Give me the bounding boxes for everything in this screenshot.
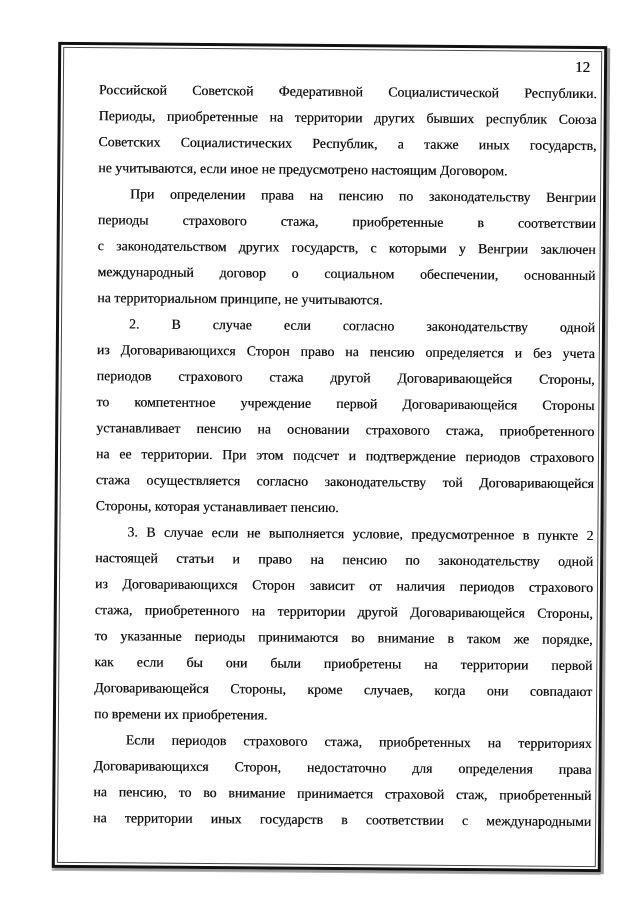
text-line: Стороны, которая устанавливает пенсию. bbox=[96, 493, 594, 523]
text-line: периодов страхового стажа другой Договар… bbox=[97, 363, 595, 393]
document-text: Российской Советской Федеративной Социал… bbox=[55, 45, 604, 869]
text-line: то компетентное учреждение первой Догова… bbox=[96, 389, 594, 419]
page-frame: 12 Российской Советской Федеративной Соц… bbox=[52, 42, 607, 872]
text-line: стажа, приобретенного на территории друг… bbox=[95, 597, 593, 627]
text-line: то указанные периоды принимаются во вним… bbox=[94, 623, 592, 653]
text-line: международный договор о социальном обесп… bbox=[97, 259, 595, 289]
text-line: настоящей статьи и право на пенсию по за… bbox=[95, 545, 593, 575]
text-line: Периоды, приобретенные на территории дру… bbox=[99, 103, 597, 133]
text-line: с законодательством других государств, с… bbox=[98, 233, 596, 263]
text-line: устанавливает пенсию на основании страхо… bbox=[96, 415, 594, 445]
text-line: из Договаривающихся Сторон зависит от на… bbox=[95, 571, 593, 601]
text-line: Российской Советской Федеративной Социал… bbox=[99, 77, 597, 107]
text-line: стажа осуществляется согласно законодате… bbox=[96, 467, 594, 497]
text-line: из Договаривающихся Сторон право на пенс… bbox=[97, 337, 595, 367]
text-line: периоды страхового стажа, приобретенные … bbox=[98, 207, 596, 237]
text-line: на пенсию, то во внимание принимается ст… bbox=[93, 779, 591, 809]
text-line: Если периодов страхового стажа, приобрет… bbox=[94, 727, 592, 757]
text-line: 3. В случае если не выполняется условие,… bbox=[95, 519, 593, 549]
text-line: на ее территории. При этом подсчет и под… bbox=[96, 441, 594, 471]
text-line: 2. В случае если согласно законодательст… bbox=[97, 311, 595, 341]
text-line: Советских Социалистических Республик, а … bbox=[98, 129, 596, 159]
text-line: как если бы они были приобретены на терр… bbox=[94, 649, 592, 679]
text-line: не учитываются, если иное не предусмотре… bbox=[98, 155, 596, 185]
text-line: по времени их приобретения. bbox=[94, 701, 592, 731]
text-line: При определении права на пенсию по закон… bbox=[98, 181, 596, 211]
text-line: на территориальном принципе, не учитываю… bbox=[97, 285, 595, 315]
text-line: Договаривающейся Стороны, кроме случаев,… bbox=[94, 675, 592, 705]
text-line: Договаривающихся Сторон, недостаточно дл… bbox=[93, 753, 591, 783]
text-line: на территории иных государств в соответс… bbox=[93, 805, 591, 835]
